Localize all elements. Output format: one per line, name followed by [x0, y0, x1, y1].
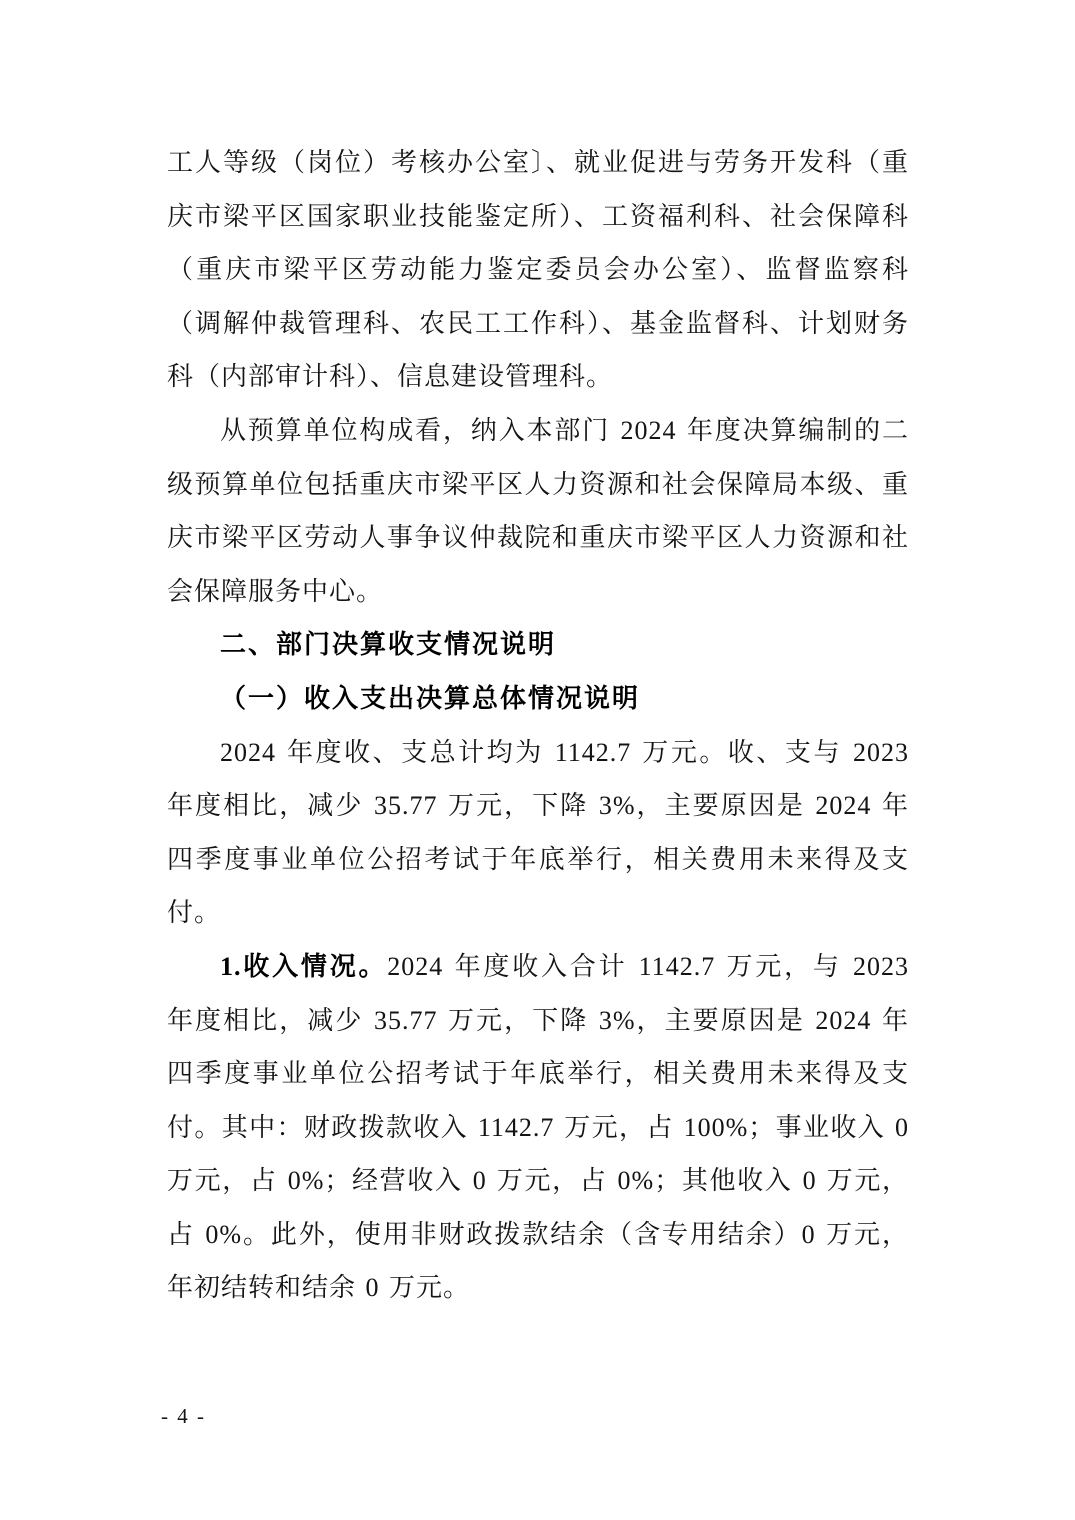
- subsection-heading-overall-situation: （一）收入支出决算总体情况说明: [167, 672, 909, 726]
- income-detail-text: 2024 年度收入合计 1142.7 万元，与 2023 年度相比，减少 35.…: [167, 952, 909, 1303]
- paragraph-overview: 2024 年度收、支总计均为 1142.7 万元。收、支与 2023 年度相比，…: [167, 726, 909, 940]
- page-number: - 4 -: [161, 1404, 206, 1429]
- paragraph-dept-offices: 工人等级（岗位）考核办公室〕、就业促进与劳务开发科（重庆市梁平区国家职业技能鉴定…: [167, 136, 909, 404]
- document-page: 工人等级（岗位）考核办公室〕、就业促进与劳务开发科（重庆市梁平区国家职业技能鉴定…: [0, 0, 1075, 1520]
- section-heading-budget-explanation: 二、部门决算收支情况说明: [167, 618, 909, 672]
- document-body: 工人等级（岗位）考核办公室〕、就业促进与劳务开发科（重庆市梁平区国家职业技能鉴定…: [167, 136, 909, 1315]
- paragraph-budget-units: 从预算单位构成看，纳入本部门 2024 年度决算编制的二级预算单位包括重庆市梁平…: [167, 404, 909, 618]
- income-lead-label: 1.收入情况。: [220, 952, 387, 981]
- paragraph-income: 1.收入情况。2024 年度收入合计 1142.7 万元，与 2023 年度相比…: [167, 940, 909, 1315]
